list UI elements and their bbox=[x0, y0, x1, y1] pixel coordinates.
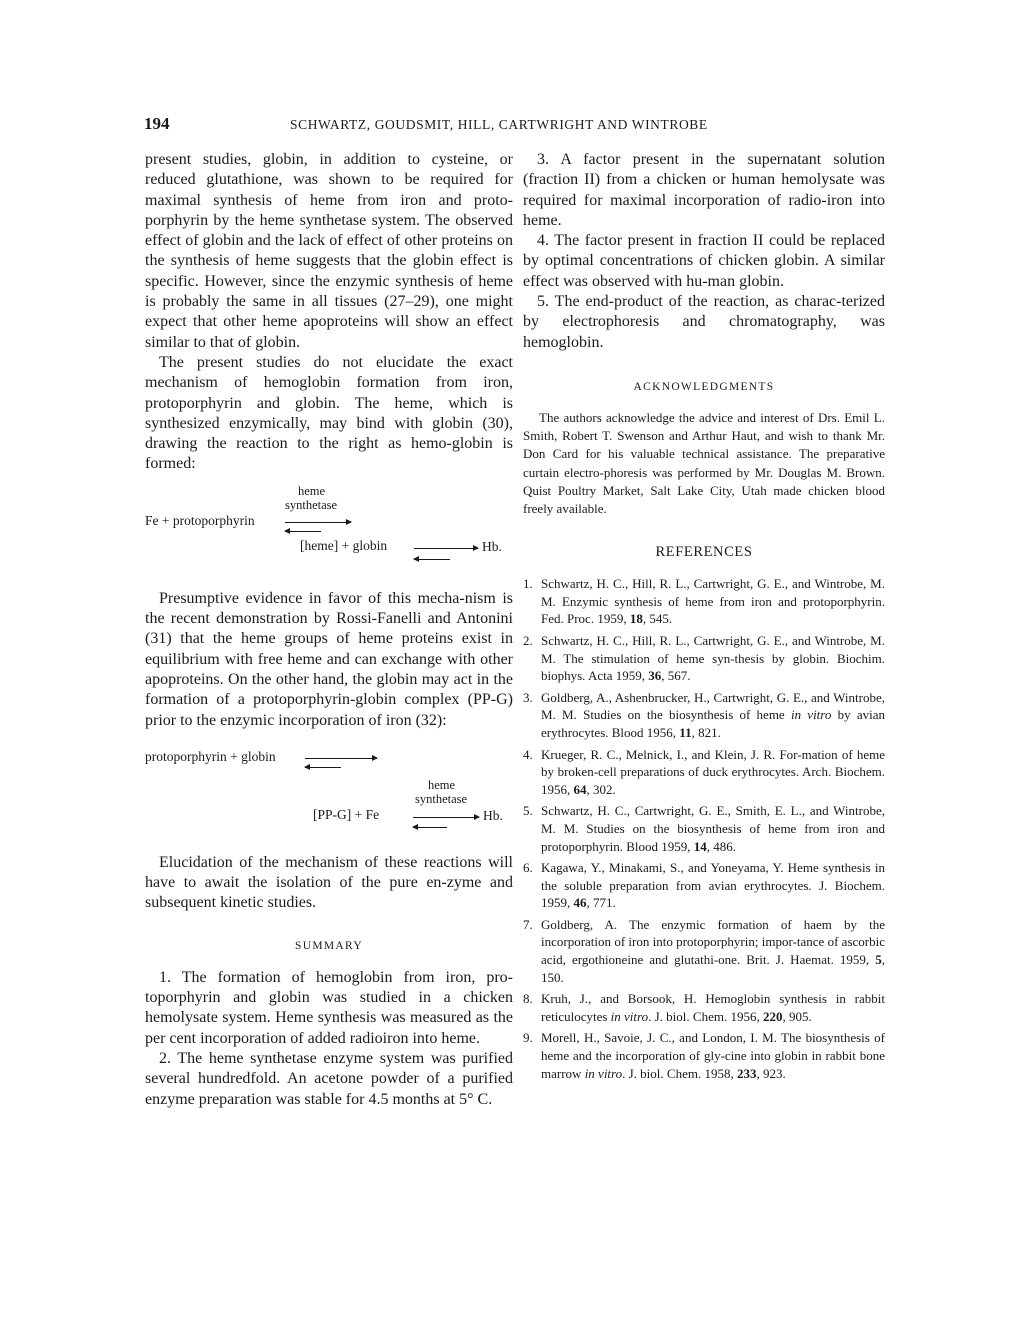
reference-item: 8.Kruh, J., and Borsook, H. Hemoglobin s… bbox=[523, 990, 885, 1025]
catalyst-label-1b: synthetase bbox=[285, 497, 337, 513]
paragraph-1: present studies, globin, in addition to … bbox=[145, 150, 513, 353]
acknowledgments-heading: ACKNOWLEDGMENTS bbox=[523, 381, 885, 393]
paragraph-4: Elucidation of the mechanism of these re… bbox=[145, 853, 513, 914]
forward-arrow-icon bbox=[305, 758, 377, 759]
reaction-2-intermediate: [PP-G] + Fe bbox=[313, 807, 379, 823]
reverse-arrow-icon bbox=[305, 767, 341, 768]
reaction-2-reactants: protoporphyrin + globin bbox=[145, 749, 276, 765]
reaction-2-product: Hb. bbox=[483, 808, 503, 824]
page-number: 194 bbox=[144, 114, 170, 134]
references-heading: REFERENCES bbox=[523, 544, 885, 561]
reference-item: 7.Goldberg, A. The enzymic formation of … bbox=[523, 916, 885, 986]
left-column: present studies, globin, in addition to … bbox=[145, 150, 513, 1110]
reaction-scheme-1: heme synthetase Fe + protoporphyrin [hem… bbox=[145, 481, 513, 565]
reference-list: 1.Schwartz, H. C., Hill, R. L., Cartwrig… bbox=[523, 575, 885, 1082]
summary-item-4: 4. The factor present in fraction II cou… bbox=[523, 231, 885, 292]
forward-arrow-icon bbox=[285, 522, 351, 523]
reference-item: 6.Kagawa, Y., Minakami, S., and Yoneyama… bbox=[523, 859, 885, 912]
page-header: 194 SCHWARTZ, GOUDSMIT, HILL, CARTWRIGHT… bbox=[144, 114, 904, 136]
running-head: SCHWARTZ, GOUDSMIT, HILL, CARTWRIGHT AND… bbox=[290, 117, 708, 133]
reference-item: 3.Goldberg, A., Ashenbrucker, H., Cartwr… bbox=[523, 689, 885, 742]
summary-item-3: 3. A factor present in the supernatant s… bbox=[523, 150, 885, 231]
reference-item: 4.Krueger, R. C., Melnick, I., and Klein… bbox=[523, 746, 885, 799]
reaction-1-intermediate: [heme] + globin bbox=[300, 538, 387, 554]
acknowledgments-section: The authors acknowledge the advice and i… bbox=[523, 409, 885, 518]
reverse-arrow-icon bbox=[285, 531, 321, 532]
paragraph-2: The present studies do not elucidate the… bbox=[145, 353, 513, 475]
acknowledgments-text: The authors acknowledge the advice and i… bbox=[523, 409, 885, 518]
right-column: 3. A factor present in the supernatant s… bbox=[523, 150, 885, 1086]
reference-item: 1.Schwartz, H. C., Hill, R. L., Cartwrig… bbox=[523, 575, 885, 628]
forward-arrow-icon bbox=[414, 548, 478, 549]
reference-item: 2.Schwartz, H. C., Hill, R. L., Cartwrig… bbox=[523, 632, 885, 685]
summary-item-2: 2. The heme synthetase enzyme system was… bbox=[145, 1049, 513, 1110]
reference-item: 5.Schwartz, H. C., Cartwright, G. E., Sm… bbox=[523, 802, 885, 855]
reaction-scheme-2: protoporphyrin + globin heme synthetase … bbox=[145, 747, 513, 839]
paragraph-3: Presumptive evidence in favor of this me… bbox=[145, 589, 513, 731]
reaction-1-reactants: Fe + protoporphyrin bbox=[145, 513, 255, 529]
catalyst-label-2b: synthetase bbox=[415, 791, 467, 807]
reaction-1-product: Hb. bbox=[482, 539, 502, 555]
reverse-arrow-icon bbox=[414, 559, 450, 560]
reverse-arrow-icon bbox=[413, 827, 447, 828]
reference-item: 9.Morell, H., Savoie, J. C., and London,… bbox=[523, 1029, 885, 1082]
forward-arrow-icon bbox=[413, 817, 479, 818]
summary-heading: SUMMARY bbox=[145, 940, 513, 952]
summary-item-1: 1. The formation of hemoglobin from iron… bbox=[145, 968, 513, 1049]
summary-item-5: 5. The end-product of the reaction, as c… bbox=[523, 292, 885, 353]
